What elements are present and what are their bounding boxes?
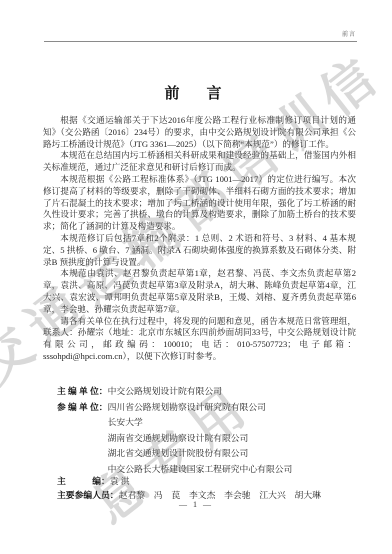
body-paragraph-3: 本规范根据《公路工程标准体系》（JTG 1001—2017）的定位进行编写。本次… [43,174,356,233]
chief-unit-value: 中交公路规划设计院有限公司 [108,384,357,400]
body-paragraph-5: 本规范由袁洪、赵君黎负责起草第1章，赵君黎、冯苠、李文杰负责起草第2章，袁洪、高… [43,268,356,315]
credits-units: 主 编 单 位： 中交公路规划设计院有限公司 参 编 单 位： 四川省公路规划勘… [57,384,357,478]
chief-editor-label: 主 编： [57,474,110,488]
participating-units-list: 四川省公路规划勘察设计研究院有限公司 长安大学 湖南省交通规划勘察设计院有限公司… [108,400,357,478]
chief-editor-value: 袁 洪 [110,474,357,488]
participating-units-label: 参 编 单 位： [57,400,108,416]
participating-unit-3: 湖南省交通规划勘察设计院有限公司 [108,431,357,447]
participating-unit-1: 四川省公路规划勘察设计研究院有限公司 [108,400,357,416]
body-text: 根据《交通运输部关于下达2016年度公路工程行业标准制修订项目计划的通知》（交公… [43,115,356,363]
body-paragraph-4: 本规范修订后包括7章和2个附录：1 总则、2 术语和符号、3 材料、4 基本规定… [43,233,356,268]
participating-units-row: 参 编 单 位： 四川省公路规划勘察设计研究院有限公司 长安大学 湖南省交通规划… [57,400,357,478]
document-page: 前言 前 言 根据《交通运输部关于下达2016年度公路工程行业标准制修订项目计划… [0,0,392,554]
header-rule [44,41,357,42]
body-paragraph-2: 本规范在总结国内圬工桥涵相关科研成果和建设经验的基础上，借鉴国内外相关标准规范，… [43,150,356,174]
chief-editor-row: 主 编： 袁 洪 [57,474,357,488]
chief-unit-label: 主 编 单 位： [57,384,108,400]
page-number: — 1 — [0,500,392,509]
page-title: 前 言 [0,82,392,103]
credits-people: 主 编： 袁 洪 主要参编人员： 赵君黎 冯 苠 李文杰 李会驰 江大兴 胡大琳 [57,474,357,502]
chief-unit-row: 主 编 单 位： 中交公路规划设计院有限公司 [57,384,357,400]
body-paragraph-6: 请各有关单位在执行过程中，将发现的问题和意见，函告本规范日常管理组，联系人：孙耀… [43,316,356,363]
participating-unit-4: 湖北省交通规划设计院股份有限公司 [108,446,357,462]
body-paragraph-1: 根据《交通运输部关于下达2016年度公路工程行业标准制修订项目计划的通知》（交公… [43,115,356,150]
running-header: 前言 [342,29,356,38]
participating-unit-2: 长安大学 [108,415,357,431]
